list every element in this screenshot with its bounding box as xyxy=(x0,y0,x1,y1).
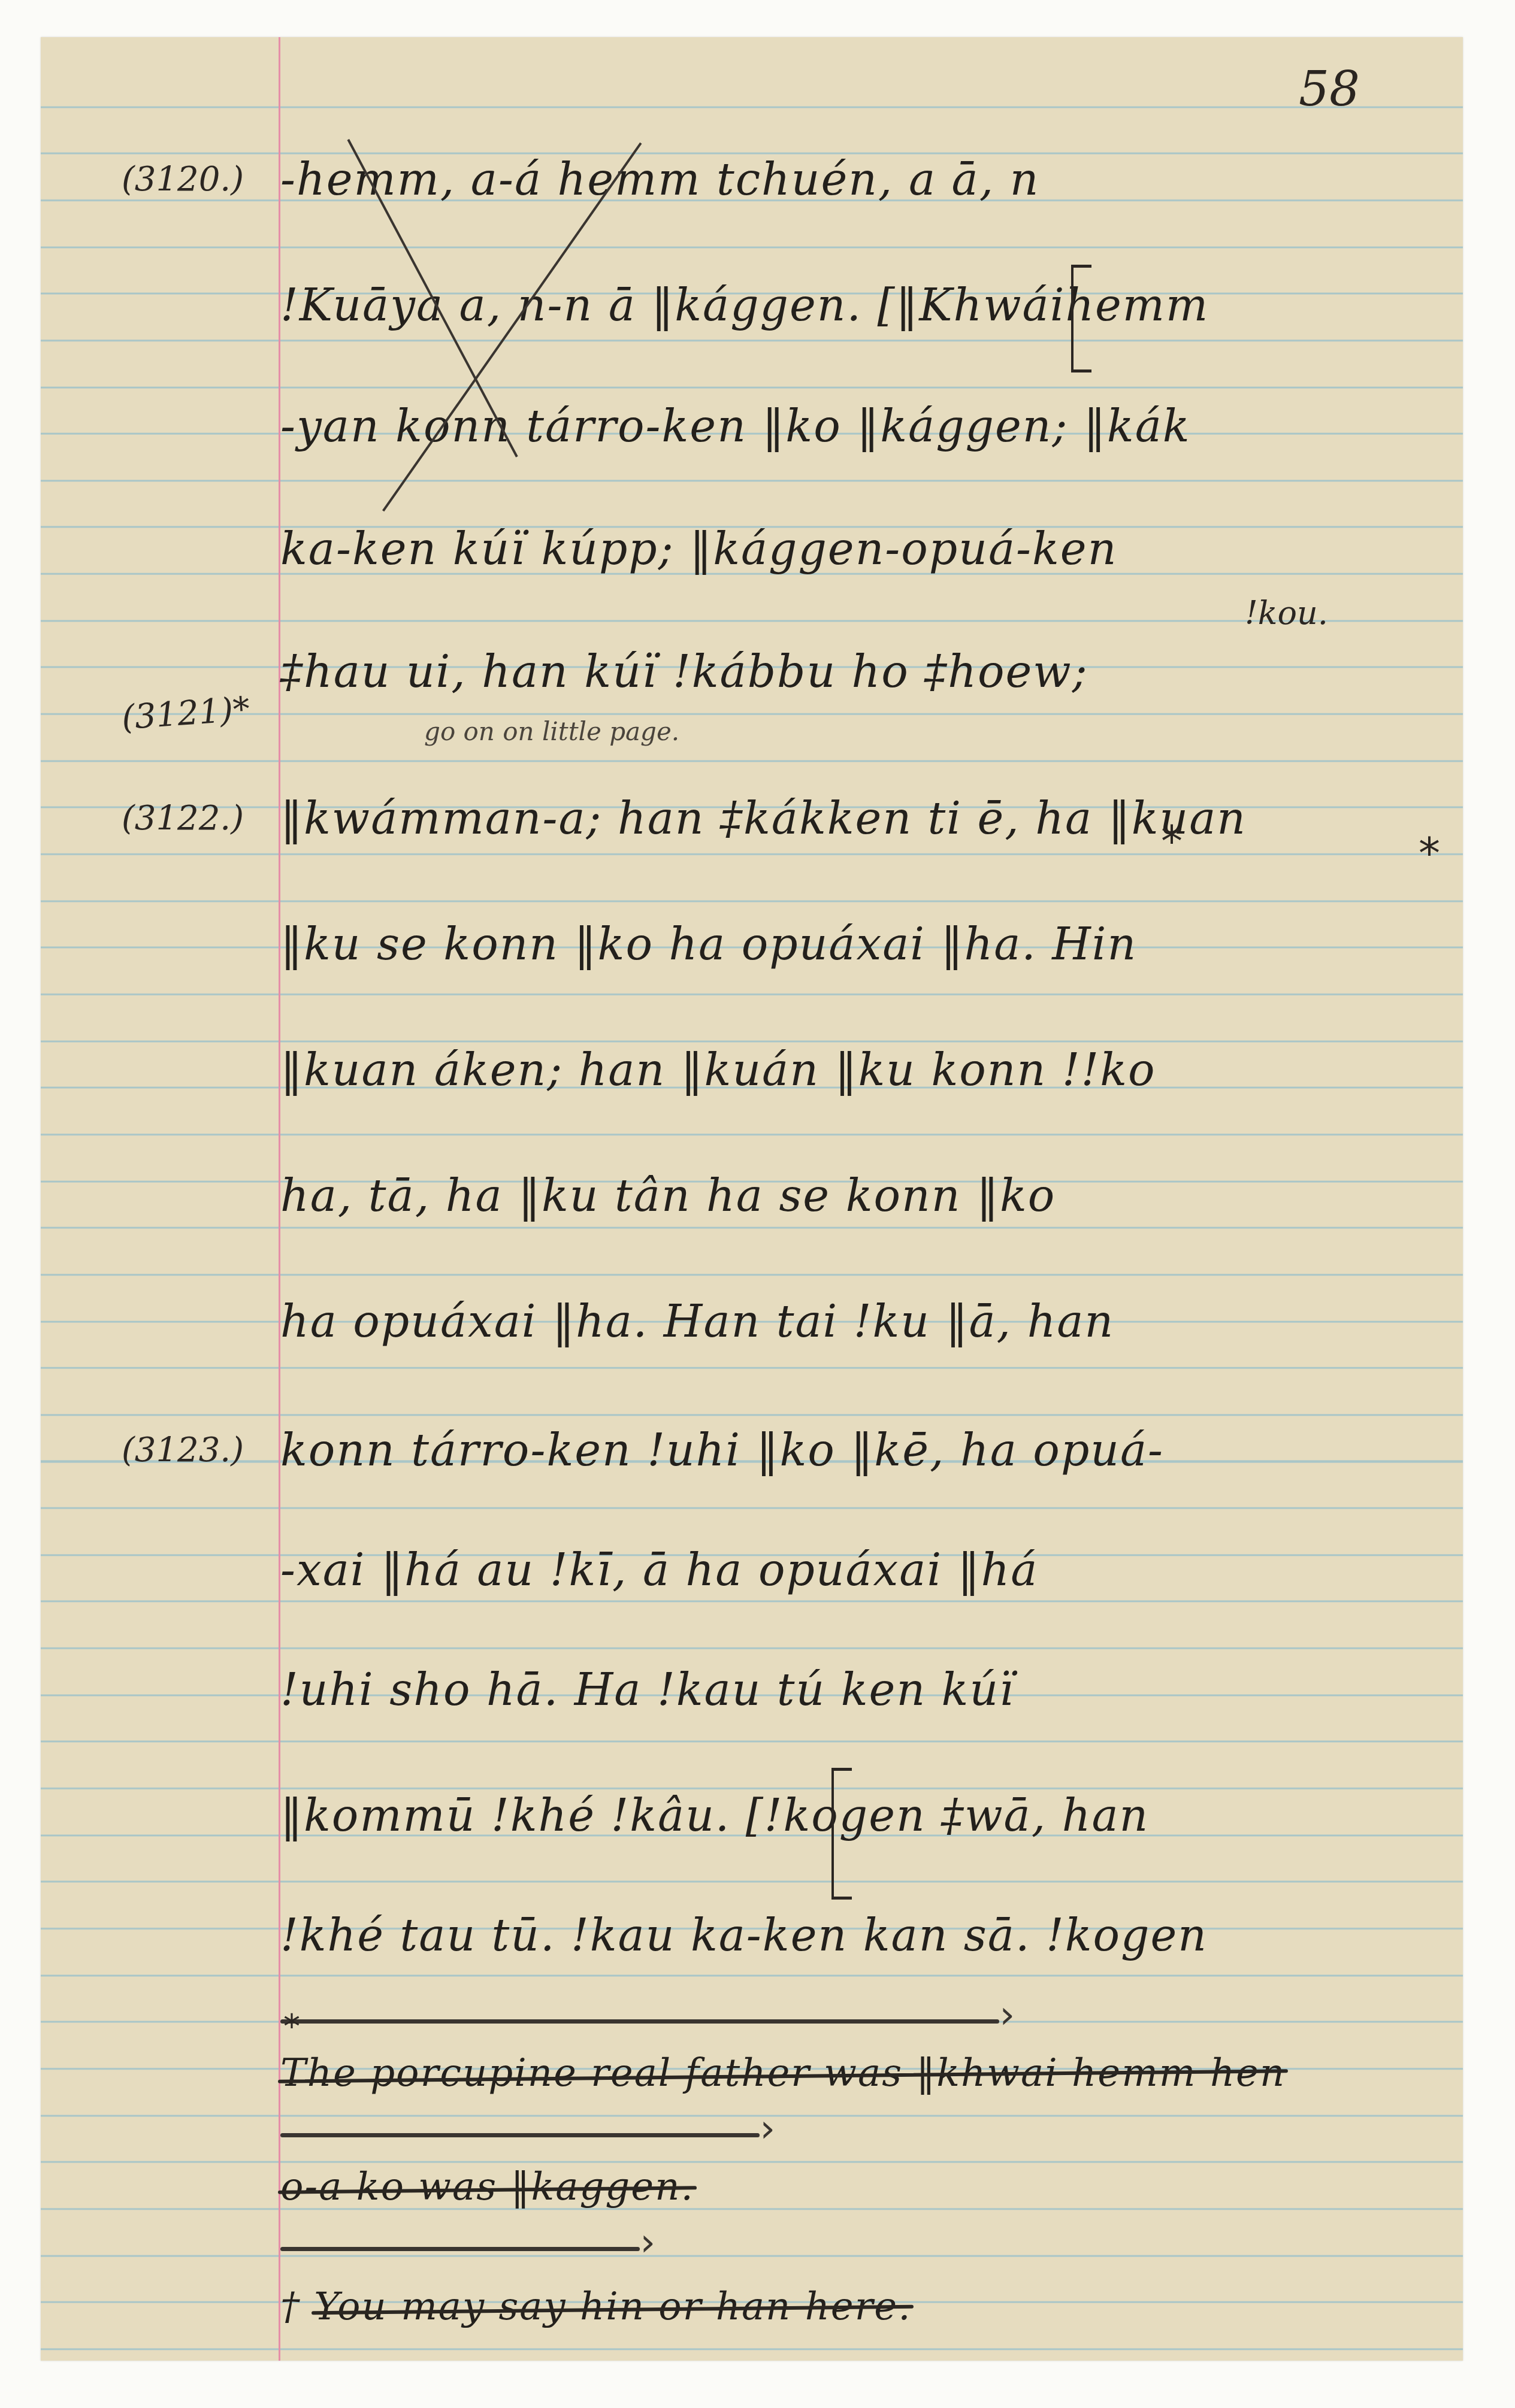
footnote-2-text: o-a ko was ‖kaggen. xyxy=(280,2151,694,2223)
insertion-above: !kou. xyxy=(1245,594,1328,632)
margin-note: go on on little page. xyxy=(424,717,679,746)
footnote-marker-dagger: † xyxy=(280,2285,301,2329)
text-line-5: ‡hau ui, han kúï !kábbu ho ‡hoew; xyxy=(280,636,1451,708)
text-line-12: -xai ‖há au !kī, ā ha opuáxai ‖há xyxy=(280,1534,1451,1606)
footnote-arrow-2 xyxy=(280,2133,760,2137)
text-line-6: ‖kwámman-a; han ‡kákken ti ē, ha ‖kuan xyxy=(280,783,1451,855)
text-line-3: -yan konn tárro-ken ‖ko ‖kággen; ‖kák xyxy=(280,390,1451,462)
paragraph-label-3122: (3122.) xyxy=(122,783,244,855)
bracket-mark-2 xyxy=(831,1768,852,1900)
footnote-1-text: The porcupine real father was ‖khwai hem… xyxy=(280,2037,1286,2109)
text-line-10: ha opuáxai ‖ha. Han tai !ku ‖ā, han xyxy=(280,1286,1451,1358)
footnote-2: o-a ko was ‖kaggen. xyxy=(280,2151,1451,2223)
asterisk-mark: * xyxy=(1419,828,1440,878)
asterisk-mark: * xyxy=(1161,816,1183,866)
page-number: 58 xyxy=(1299,61,1360,117)
footnote-3: † You may say hin or han here. xyxy=(280,2271,1451,2343)
footnote-arrow-1 xyxy=(280,2019,999,2024)
paragraph-label-3121: (3121)* xyxy=(119,674,252,755)
text-line-2: !Kuāya a, n-n ā ‖kággen. [‖Khwáihemm xyxy=(280,269,1451,341)
text-line-7: ‖ku se konn ‖ko ha opuáxai ‖ha. Hin xyxy=(280,908,1451,980)
text-line-1: -hemm, a-á hemm tchuén, a ā, n xyxy=(280,144,1451,216)
text-line-14: ‖kommū !khé !kâu. [!kogen ‡wā, han xyxy=(280,1780,1451,1852)
manuscript-page: 58 (3120.) (3121)* (3122.) (3123.) -hemm… xyxy=(41,37,1463,2361)
text-line-11: konn tárro-ken !uhi ‖ko ‖kē, ha opuá- xyxy=(280,1414,1451,1486)
footnote-3-text: You may say hin or han here. xyxy=(314,2271,911,2343)
text-line-9: ha, tā, ha ‖ku tân ha se konn ‖ko xyxy=(280,1160,1451,1232)
footnote-arrow-3 xyxy=(280,2247,640,2251)
text-line-4: ka-ken kúï kúpp; ‖kággen-opuá-ken xyxy=(280,513,1451,585)
bracket-mark-1 xyxy=(1071,265,1091,372)
footnote-1: The porcupine real father was ‖khwai hem… xyxy=(280,2037,1451,2109)
text-line-8: ‖kuan áken; han ‖kuán ‖ku konn !!ko xyxy=(280,1034,1451,1106)
paragraph-label-3123: (3123.) xyxy=(122,1414,244,1486)
paragraph-label-3120: (3120.) xyxy=(122,144,244,216)
text-line-15: !khé tau tū. !kau ka-ken kan sā. !kogen xyxy=(280,1900,1451,1971)
text-line-13: !uhi sho hā. Ha !kau tú ken kúï xyxy=(280,1654,1451,1726)
